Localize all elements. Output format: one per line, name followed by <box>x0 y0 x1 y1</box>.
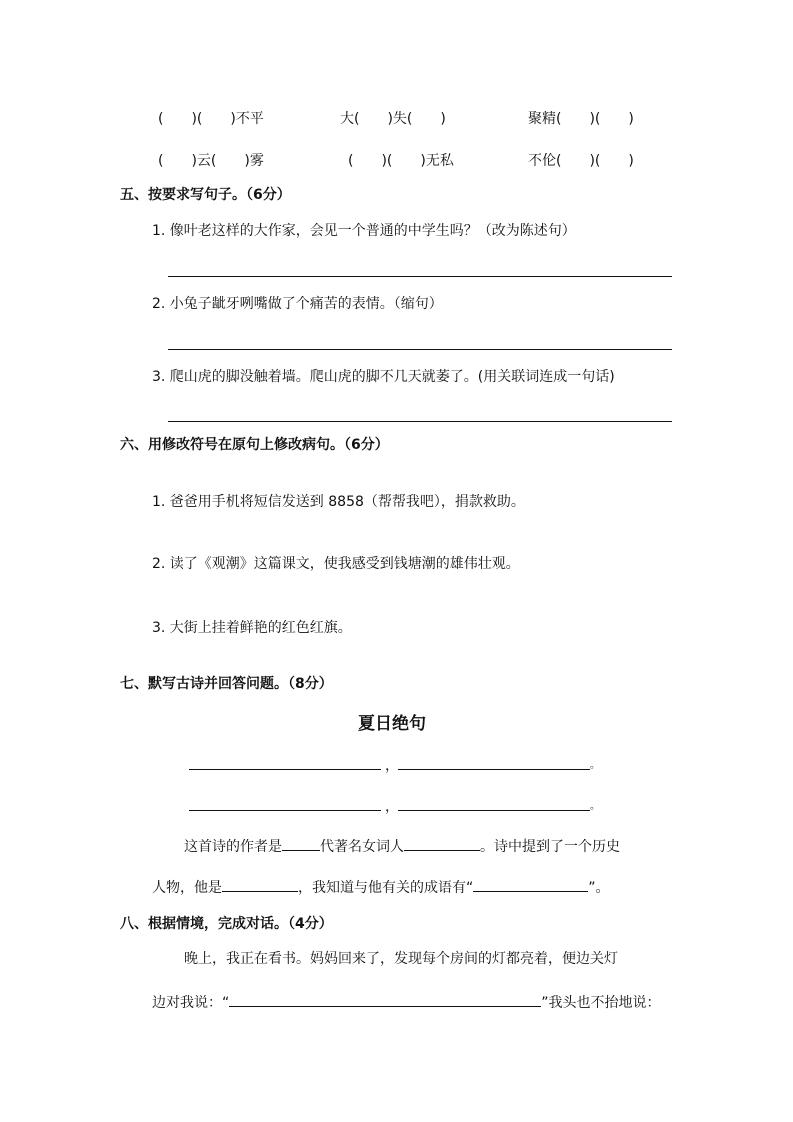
author-blank[interactable] <box>404 836 480 851</box>
person-blank[interactable] <box>222 877 298 892</box>
poem-question-line-1: 这首诗的作者是代著名女词人。诗中提到了一个历史 <box>184 836 620 856</box>
idiom-item: ( )( )无私 <box>348 150 454 170</box>
dynasty-blank[interactable] <box>282 836 320 851</box>
poem-line-2b[interactable] <box>398 810 590 811</box>
dialogue-paragraph-1: 晚上，我正在看书。妈妈回来了，发现每个房间的灯都亮着，便边关灯 <box>184 950 618 968</box>
poem-comma: ， <box>385 757 399 775</box>
question-6-2[interactable]: 2. 读了《观潮》这篇课文，使我感受到钱塘潮的雄伟壮观。 <box>152 555 520 573</box>
mom-speech-blank[interactable] <box>229 992 541 1007</box>
question-5-2: 2. 小兔子龇牙咧嘴做了个痛苦的表情。（缩句） <box>152 295 443 313</box>
question-5-3: 3. 爬山虎的脚没触着墙。爬山虎的脚不几天就萎了。(用关联词连成一句话) <box>152 368 615 386</box>
idiom-blank[interactable] <box>473 877 588 892</box>
idiom-item: 不伦( )( ) <box>528 150 634 170</box>
answer-line-5-1[interactable] <box>168 276 672 277</box>
question-6-1[interactable]: 1. 爸爸用手机将短信发送到 8858（帮帮我吧），捐款救助。 <box>152 493 525 511</box>
question-6-3[interactable]: 3. 大街上挂着鲜艳的红色红旗。 <box>152 619 352 637</box>
idiom-item: ( )( )不平 <box>158 108 264 128</box>
poem-q-text: 这首诗的作者是 <box>184 839 282 855</box>
section-7-heading: 七、默写古诗并回答问题。（8分） <box>120 675 333 693</box>
section-5-heading: 五、按要求写句子。（6分） <box>120 186 291 204</box>
section-8-heading: 八、根据情境，完成对话。（4分） <box>120 915 333 933</box>
idiom-item: 聚精( )( ) <box>528 108 634 128</box>
dialogue-text: 边对我说：“ <box>152 995 229 1011</box>
poem-period: 。 <box>590 757 600 775</box>
section-6-heading: 六、用修改符号在原句上修改病句。（6分） <box>120 436 389 454</box>
poem-comma: ， <box>385 798 399 816</box>
answer-line-5-3[interactable] <box>168 421 672 422</box>
question-5-1: 1. 像叶老这样的大作家，会见一个普通的中学生吗？（改为陈述句） <box>152 222 576 240</box>
poem-period: 。 <box>590 798 600 816</box>
answer-line-5-2[interactable] <box>168 349 672 350</box>
poem-q-text: 代著名女词人 <box>320 839 404 855</box>
poem-question-line-2: 人物，他是，我知道与他有关的成语有“”。 <box>152 877 610 897</box>
poem-q-text: ”。 <box>588 880 609 896</box>
poem-line-1a[interactable] <box>189 769 381 770</box>
poem-line-2a[interactable] <box>189 810 381 811</box>
poem-title: 夏日绝句 <box>358 709 426 734</box>
poem-q-text: 。诗中提到了一个历史 <box>480 839 620 855</box>
idiom-item: 大( )失( ) <box>340 108 446 128</box>
poem-q-text: 人物，他是 <box>152 880 222 896</box>
dialogue-text: ”我头也不抬地说： <box>541 995 660 1011</box>
poem-line-1b[interactable] <box>398 769 590 770</box>
idiom-item: ( )云( )雾 <box>158 150 264 170</box>
poem-q-text: ，我知道与他有关的成语有“ <box>298 880 473 896</box>
dialogue-paragraph-2: 边对我说：“”我头也不抬地说： <box>152 992 661 1012</box>
